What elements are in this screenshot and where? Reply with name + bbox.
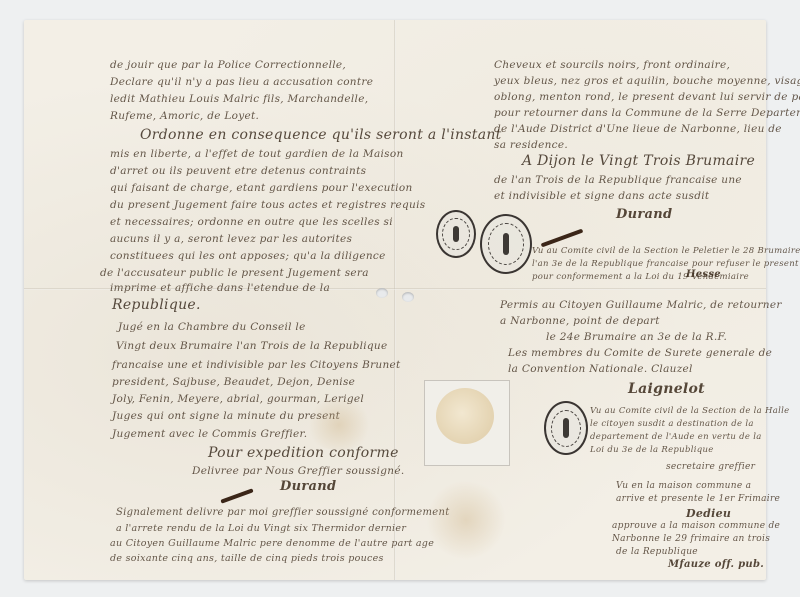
- text-line: et necessaires; ordonne en outre que les…: [110, 217, 393, 228]
- arrival-line: Narbonne le 29 frimaire an trois: [612, 535, 770, 544]
- seal-stamp: [480, 214, 532, 274]
- place-date-line: de l'an Trois de la Republique francaise…: [494, 175, 742, 186]
- endorsement-line: Loi du 3e de la Republique: [590, 446, 714, 455]
- text-line: Rufeme, Amoric, de Loyet.: [110, 111, 259, 122]
- judgment-line: francaise une et indivisible par les Cit…: [112, 360, 401, 371]
- convention-line: la Convention Nationale. Clauzel: [508, 364, 693, 375]
- signature: Hesse: [686, 270, 721, 280]
- text-line: de jouir que par la Police Correctionnel…: [110, 60, 346, 71]
- endorsement-line: Vu au Comite civil de la Section de la H…: [590, 407, 790, 416]
- signalement-line: a l'arrete rendu de la Loi du Vingt six …: [116, 524, 406, 534]
- description-line: oblong, menton rond, le present devant l…: [494, 92, 800, 103]
- seal-stamp: [544, 401, 588, 455]
- judgment-line: Jugement avec le Commis Greffier.: [112, 429, 307, 440]
- place-date-line: A Dijon le Vingt Trois Brumaire: [522, 154, 755, 168]
- signalement-line: de soixante cinq ans, taille de cinq pie…: [110, 554, 384, 564]
- arrival-line: de la Republique: [616, 548, 698, 557]
- signature: Mfauze off. pub.: [668, 560, 764, 570]
- text-line: mis en liberte, a l'effet de tout gardie…: [110, 149, 404, 160]
- judgment-line: Jugé en la Chambre du Conseil le: [118, 322, 306, 333]
- right-page: Cheveux et sourcils noirs, front ordinai…: [396, 20, 766, 580]
- text-line: aucuns il y a, seront levez par les auto…: [110, 234, 352, 245]
- document-sheet: de jouir que par la Police Correctionnel…: [24, 20, 766, 580]
- arrival-line: Vu en la maison commune a: [616, 482, 751, 491]
- seal-stamp: [436, 210, 476, 258]
- left-page: de jouir que par la Police Correctionnel…: [24, 20, 394, 580]
- committee-line: Les membres du Comite de Surete generale…: [508, 348, 772, 359]
- permission-line: le 24e Brumaire an 3e de la R.F.: [546, 332, 727, 343]
- certification-line: Delivree par Nous Greffier soussigné.: [192, 466, 404, 477]
- ink-mark: [220, 488, 253, 503]
- signature: secretaire greffier: [666, 463, 755, 472]
- endorsement-line: departement de l'Aude en vertu de la: [590, 433, 762, 442]
- text-line: Declare qu'il n'y a pas lieu a accusatio…: [110, 77, 373, 88]
- description-line: sa residence.: [494, 140, 568, 151]
- text-line: imprime et affiche dans l'etendue de la: [110, 283, 330, 294]
- arrival-line: approuve a la maison commune de: [612, 522, 780, 531]
- text-line: de l'accusateur public le present Jugeme…: [100, 268, 369, 279]
- description-line: yeux bleus, nez gros et aquilin, bouche …: [494, 76, 800, 87]
- place-date-line: et indivisible et signe dans acte susdit: [494, 191, 709, 202]
- visa-line: Vu au Comite civil de la Section le Pele…: [532, 247, 800, 256]
- text-line: du present Jugement faire tous actes et …: [110, 200, 425, 211]
- permission-line: Permis au Citoyen Guillaume Malric, de r…: [500, 300, 782, 311]
- text-line: d'arret ou ils peuvent etre detenus cont…: [110, 166, 366, 177]
- stain: [304, 400, 374, 450]
- text-line: ledit Mathieu Louis Malric fils, Marchan…: [110, 94, 368, 105]
- judgment-line: Vingt deux Brumaire l'an Trois de la Rep…: [116, 341, 388, 352]
- certification: Pour expedition conforme: [208, 446, 399, 460]
- ink-mark: [541, 229, 584, 248]
- text-line: constituees qui les ont apposes; qu'a la…: [110, 251, 386, 262]
- endorsement-line: le citoyen susdit a destination de la: [590, 420, 754, 429]
- description-line: pour retourner dans la Commune de la Ser…: [494, 108, 800, 119]
- signature: Durand: [616, 208, 672, 221]
- description-line: Cheveux et sourcils noirs, front ordinai…: [494, 60, 730, 71]
- signature: Laignelot: [628, 382, 705, 396]
- judgment-line: president, Sajbuse, Beaudet, Dejon, Deni…: [112, 377, 355, 388]
- signature: Durand: [280, 480, 336, 493]
- description-line: de l'Aude District d'Une lieue de Narbon…: [494, 124, 782, 135]
- text-line: Republique.: [112, 298, 201, 312]
- permission-line: a Narbonne, point de depart: [500, 316, 660, 327]
- signalement-line: au Citoyen Guillaume Malric pere denomme…: [110, 539, 434, 549]
- signature: Dedieu: [686, 508, 731, 519]
- stain: [426, 480, 506, 560]
- arrival-line: arrive et presente le 1er Frimaire: [616, 495, 780, 504]
- visa-line: l'an 3e de la Republique francaise pour …: [532, 260, 799, 269]
- text-line: qui faisant de charge, etant gardiens po…: [110, 183, 413, 194]
- wax-seal: [436, 388, 494, 444]
